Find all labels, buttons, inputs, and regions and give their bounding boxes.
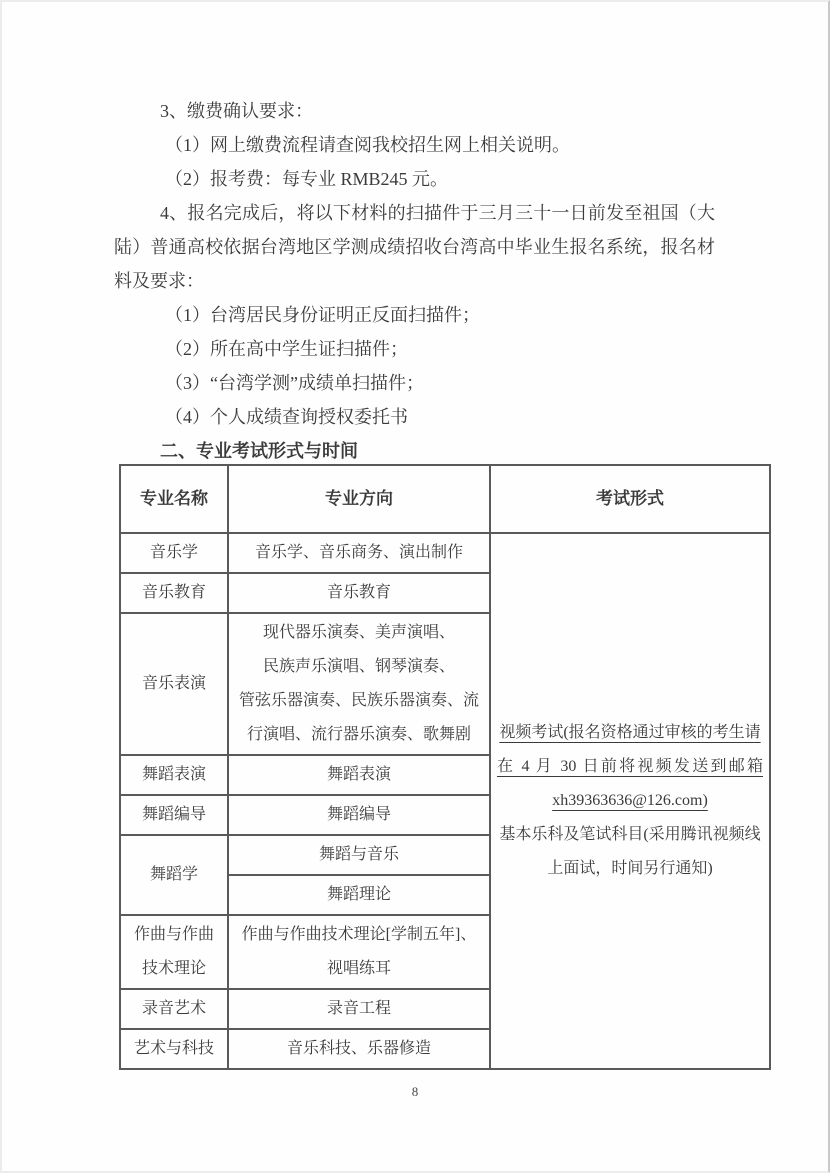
major-name-cell: 音乐表演	[120, 613, 228, 755]
document-page: 3、缴费确认要求： （1）网上缴费流程请查阅我校招生网上相关说明。 （2）报考费…	[0, 0, 830, 1173]
major-direction-cell: 舞蹈与音乐	[228, 835, 490, 875]
major-name-cell: 作曲与作曲 技术理论	[120, 915, 228, 989]
body-text-block: 3、缴费确认要求： （1）网上缴费流程请查阅我校招生网上相关说明。 （2）报考费…	[114, 94, 715, 468]
major-direction-cell: 录音工程	[228, 989, 490, 1029]
payment-confirmation-heading: 3、缴费确认要求：	[114, 94, 715, 128]
material-item-3: （3）“台湾学测”成绩单扫描件；	[114, 366, 715, 400]
material-item-2: （2）所在高中学生证扫描件；	[114, 332, 715, 366]
exam-format-table: 专业名称 专业方向 考试形式 音乐学 音乐学、音乐商务、演出制作 视频考试(报名…	[119, 464, 771, 1070]
exam-format-written-note: 基本乐科及笔试科目(采用腾讯视频线 上面试，时间另行通知)	[497, 818, 763, 886]
table-header-row: 专业名称 专业方向 考试形式	[120, 465, 770, 533]
major-direction-cell: 舞蹈表演	[228, 755, 490, 795]
header-major-name: 专业名称	[120, 465, 228, 533]
page-number: 8	[2, 1084, 828, 1100]
application-fee-note: （2）报考费：每专业 RMB245 元。	[114, 162, 715, 196]
major-direction-cell: 作曲与作曲技术理论[学制五年]、 视唱练耳	[228, 915, 490, 989]
major-name-cell: 录音艺术	[120, 989, 228, 1029]
material-item-4: （4）个人成绩查询授权委托书	[114, 400, 715, 434]
major-direction-cell: 音乐科技、乐器修造	[228, 1029, 490, 1069]
online-payment-note: （1）网上缴费流程请查阅我校招生网上相关说明。	[114, 128, 715, 162]
section-heading: 二、专业考试形式与时间	[114, 434, 715, 468]
major-direction-cell: 舞蹈理论	[228, 875, 490, 915]
header-major-direction: 专业方向	[228, 465, 490, 533]
major-name-cell: 音乐学	[120, 533, 228, 573]
exam-format-underlined-line-2: 在 4 月 30 日前将视频发送到邮箱	[497, 750, 763, 784]
major-name-cell: 舞蹈表演	[120, 755, 228, 795]
material-item-1: （1）台湾居民身份证明正反面扫描件；	[114, 298, 715, 332]
major-name-cell: 舞蹈编导	[120, 795, 228, 835]
major-direction-cell: 舞蹈编导	[228, 795, 490, 835]
exam-format-email: xh39363636@126.com)	[497, 784, 763, 818]
header-exam-format: 考试形式	[490, 465, 770, 533]
major-name-cell: 舞蹈学	[120, 835, 228, 915]
major-direction-cell: 音乐学、音乐商务、演出制作	[228, 533, 490, 573]
table-row: 音乐学 音乐学、音乐商务、演出制作 视频考试(报名资格通过审核的考生请 在 4 …	[120, 533, 770, 573]
major-name-cell: 艺术与科技	[120, 1029, 228, 1069]
major-direction-cell: 现代器乐演奏、美声演唱、 民族声乐演唱、钢琴演奏、 管弦乐器演奏、民族乐器演奏、…	[228, 613, 490, 755]
exam-format-cell: 视频考试(报名资格通过审核的考生请 在 4 月 30 日前将视频发送到邮箱 xh…	[490, 533, 770, 1069]
exam-format-underlined-line-1: 视频考试(报名资格通过审核的考生请	[497, 716, 763, 750]
major-direction-cell: 音乐教育	[228, 573, 490, 613]
materials-instruction: 4、报名完成后，将以下材料的扫描件于三月三十一日前发至祖国（大陆）普通高校依据台…	[114, 196, 715, 298]
major-name-cell: 音乐教育	[120, 573, 228, 613]
